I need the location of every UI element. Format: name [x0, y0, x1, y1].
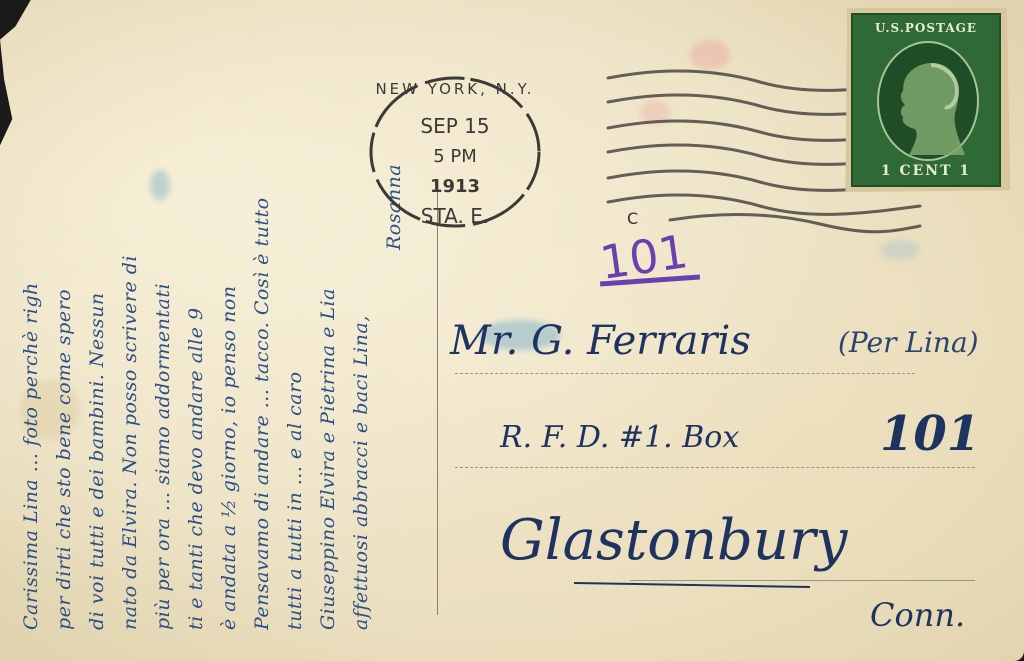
recipient-state: Conn.: [870, 596, 965, 634]
stamp-top-text: U.S.POSTAGE: [853, 21, 999, 35]
postmark-city: NEW YORK, N.Y.: [366, 80, 544, 98]
address-rule-1: [455, 373, 915, 374]
washington-profile-icon: [879, 43, 977, 159]
purple-box-number: 101: [600, 230, 700, 283]
recipient-city: Glastonbury: [500, 508, 847, 573]
message-line: tutti a tutti in ... e al caro: [279, 0, 312, 630]
rural-delivery-route: R. F. D. #1. Box: [500, 420, 739, 455]
stamp-bottom-text: 1 CENT 1: [853, 163, 999, 179]
postmark-year: 1913: [366, 176, 544, 197]
postmark-date: SEP 15: [366, 114, 544, 138]
stain-blue: [880, 240, 920, 260]
message-line: di voi tutti e dei bambini. Nessun: [81, 0, 114, 630]
postmark-time: 5 PM: [366, 146, 544, 167]
cancellation-letter: C: [627, 209, 638, 228]
address-rule-3: [630, 580, 975, 581]
message-line: più per ora ... siamo addormentati: [147, 0, 180, 630]
message-line: ti e tanti che devo andare alle 9: [180, 0, 213, 630]
postage-stamp: U.S.POSTAGE 1 CENT 1: [842, 4, 1012, 194]
message-line: nato da Elvira. Non posso scrivere di: [114, 0, 147, 630]
message-line: Carissima Lina ... foto perchè righ: [15, 0, 48, 630]
address-rule-2: [455, 467, 975, 468]
message-line: Pensavamo di andare ... tacco. Così è tu…: [246, 0, 279, 630]
handwritten-message: Carissima Lina ... foto perchè righ per …: [15, 0, 425, 630]
postmark-station: STA. E.: [366, 204, 544, 228]
recipient-note: (Per Lina): [838, 326, 979, 359]
center-divider: [437, 190, 438, 615]
stamp-portrait-icon: [877, 41, 979, 161]
message-line: per dirti che sto bene come spero: [48, 0, 81, 630]
postmark: NEW YORK, N.Y. SEP 15 5 PM 1913 STA. E.: [366, 72, 544, 232]
recipient-name: Mr. G. Ferraris: [450, 318, 751, 364]
message-line: è andata a ½ giorno, io penso non: [213, 0, 246, 630]
city-underline: [574, 582, 810, 588]
stamp-face: U.S.POSTAGE 1 CENT 1: [851, 13, 1001, 187]
message-line: Giuseppino Elvira e Pietrina e Lia: [312, 0, 345, 630]
postcard: Carissima Lina ... foto perchè righ per …: [0, 0, 1024, 661]
box-number: 101: [880, 406, 980, 462]
